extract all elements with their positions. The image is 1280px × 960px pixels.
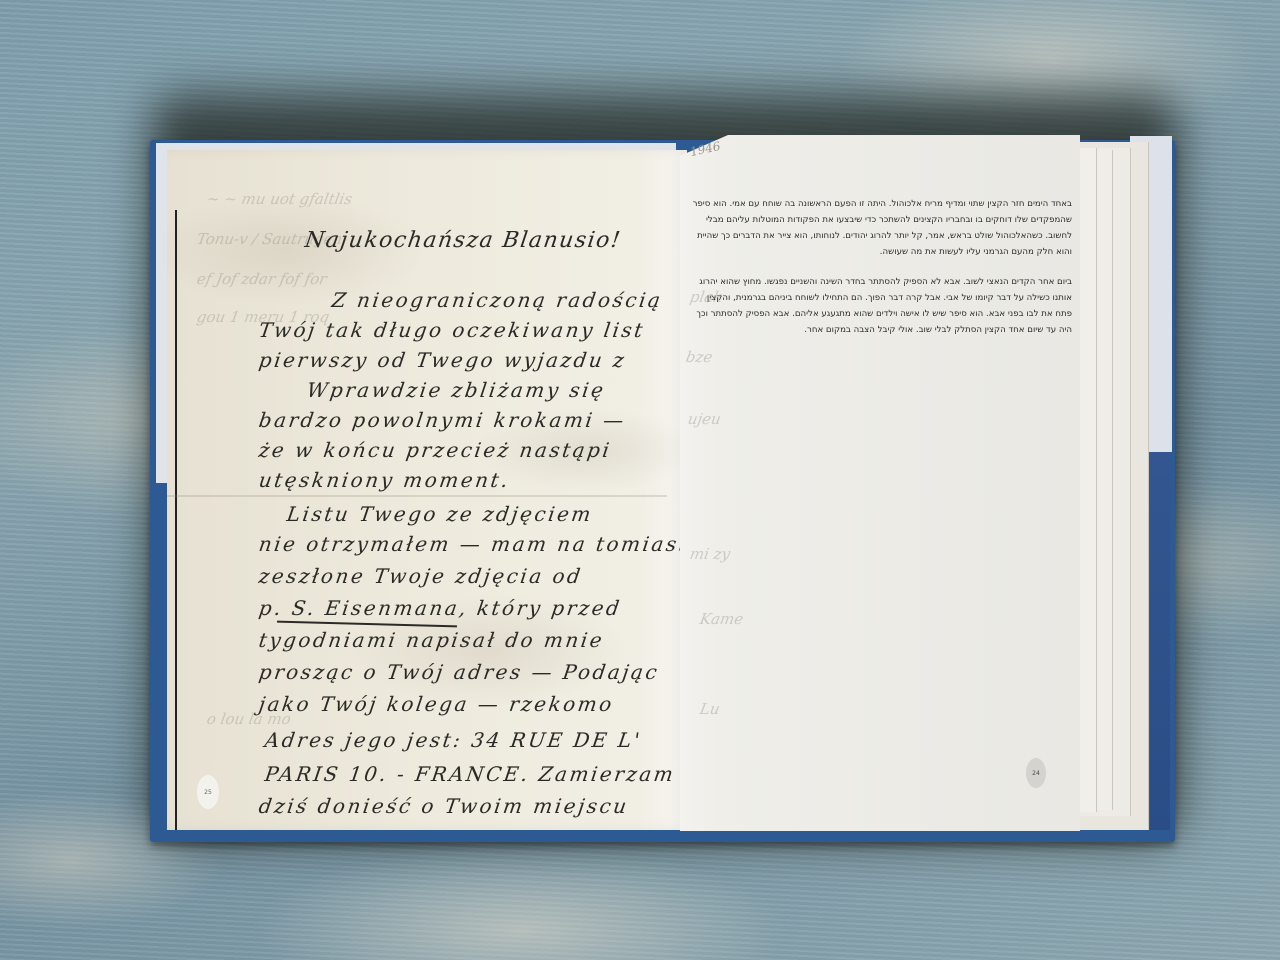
page-stack-4 [1080, 148, 1097, 812]
paragraph-1: באחד הימים חזר הקצין שתוי ומדיף מריח אלכ… [688, 196, 1072, 260]
handwritten-letter: Najukochańsza Blanusio! Z nieograniczoną… [167, 150, 687, 830]
bleed-through-text: Lu [698, 700, 721, 718]
bleed-through-text: ujeu [686, 410, 722, 428]
letter-line-address: Adres jego jest: 34 RUE DE L' [263, 728, 643, 752]
left-page: ~ ~ mu uot gfaltlis Tonu-v / Sautrugen e… [167, 150, 687, 830]
paragraph-2: ביום אחר הקדים הנאצי לשוב. אבא לא הספיק … [688, 274, 1072, 338]
letter-line: utęskniony moment. [257, 468, 511, 492]
letter-line: pierwszy od Twego wyjazdu z [257, 348, 628, 372]
hebrew-text-body: באחד הימים חזר הקצין שתוי ומדיף מריח אלכ… [688, 196, 1072, 352]
letter-line: Listu Twego ze zdjęciem [285, 502, 594, 526]
letter-line: tygodniami napisał do mnie [257, 628, 606, 652]
letter-line: że w końcu przecież nastąpi [257, 438, 613, 462]
name-underline [277, 621, 457, 627]
letter-line: bardzo powolnymi krokami — [257, 408, 627, 432]
letter-line-address: PARIS 10. - FRANCE. Zamierzam [263, 762, 677, 786]
page-number-left: 25 [197, 775, 219, 809]
letter-line: Twój tak długo oczekiwany list [257, 318, 646, 342]
letter-line: Z nieograniczoną radością [330, 288, 664, 312]
letter-line-underlined: p. S. Eisenmana, który przed [257, 596, 623, 620]
bleed-through-text: Kame [698, 610, 744, 628]
letter-line: nie otrzymałem — mam na tomiast [257, 532, 691, 556]
bleed-through-text: mi zy [688, 545, 731, 563]
letter-greeting: Najukochańsza Blanusio! [303, 228, 623, 253]
letter-line: jako Twój kolega — rzekomo [257, 692, 615, 716]
letter-line: zeszłone Twoje zdjęcia od [257, 564, 584, 588]
letter-line: prosząc o Twój adres — Podając [257, 660, 661, 684]
page-number-right: 24 [1026, 758, 1046, 788]
letter-line: dziś donieść o Twoim miejscu [257, 794, 630, 818]
letter-line: Wprawdzie zbliżamy się [305, 378, 607, 402]
